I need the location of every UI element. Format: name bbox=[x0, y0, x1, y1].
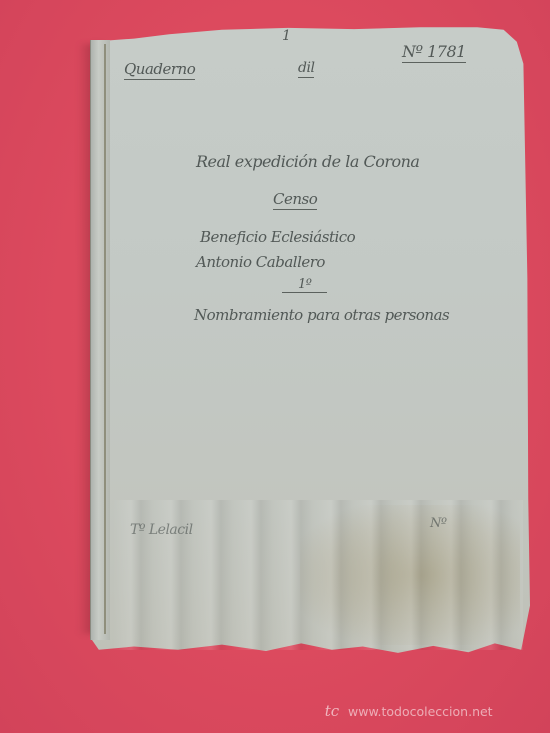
watermark: tc www.todocoleccion.net bbox=[322, 700, 493, 722]
body-line-6: Nombramiento para otras personas bbox=[194, 306, 449, 324]
header-center-number: 1 bbox=[282, 28, 290, 44]
body-line-4: Antonio Caballero bbox=[196, 253, 325, 271]
body-line-3: Beneficio Eclesiástico bbox=[200, 228, 355, 246]
header-center-label: dil bbox=[298, 60, 314, 78]
body-line-5: 1º bbox=[282, 277, 327, 293]
spine-stitch bbox=[104, 44, 106, 634]
watermark-url: www.todocoleccion.net bbox=[348, 704, 493, 719]
header-left-label: Quaderno bbox=[124, 60, 195, 80]
bound-spine bbox=[90, 40, 110, 640]
todocoleccion-logo-icon: tc bbox=[322, 700, 342, 722]
footer-left-note: Tº Lelacil bbox=[130, 522, 193, 538]
footer-right-note: Nº bbox=[430, 516, 447, 531]
body-line-2: Censo bbox=[273, 190, 317, 210]
body-line-1: Real expedición de la Corona bbox=[196, 152, 419, 171]
header-right-label: Nº 1781 bbox=[402, 42, 466, 63]
